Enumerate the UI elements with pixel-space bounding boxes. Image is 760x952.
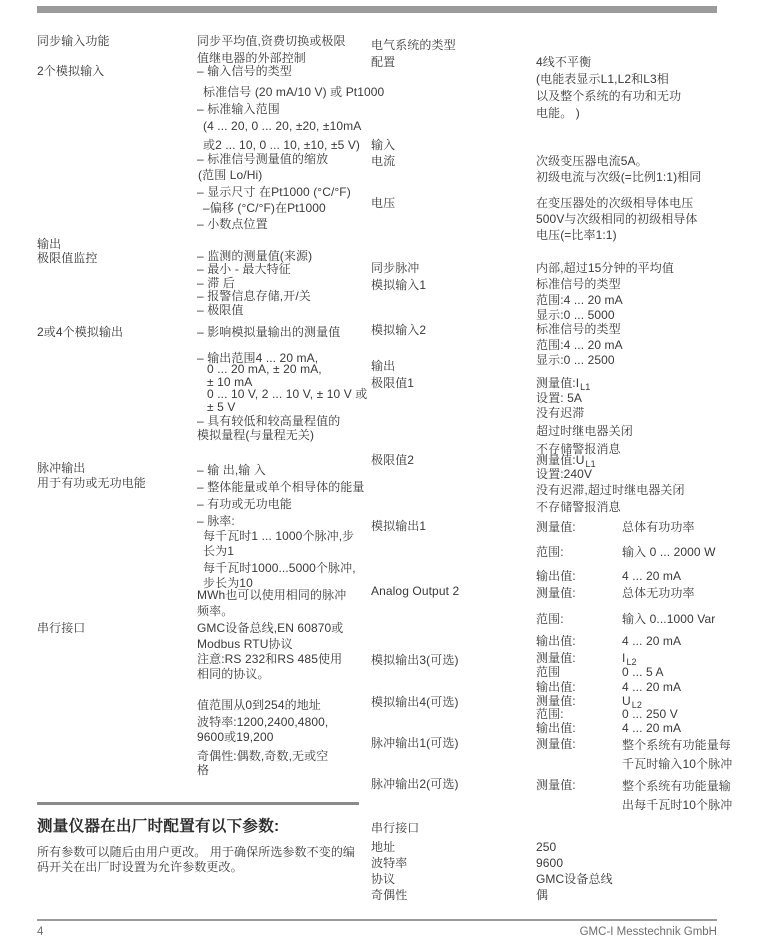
spec-detail-baud-rates: 波特率:1200,2400,4800, 9600或19,200: [197, 715, 328, 745]
kv-key: 测量值:: [536, 736, 576, 752]
kv-key: 范围: [536, 664, 560, 680]
kv-value: 整个系统有功能量每 千瓦时输入10个脉冲: [622, 736, 732, 774]
spec-value-analog-input2: 标准信号的类型 范围:4 ... 20 mA 显示:0 ... 2500: [536, 322, 623, 369]
spec-value-current: 次级变压器电流5A。 初级电流与次级(=比例1:1)相同: [536, 153, 701, 185]
section-divider: [37, 802, 359, 805]
spec-label-output-right: 输出: [371, 358, 395, 374]
kv-value: 4 ... 20 mA: [622, 720, 681, 736]
kv-key: 输出值:: [536, 720, 576, 736]
spec-label-analog-input2: 模拟输入2: [371, 322, 426, 338]
spec-label-limit2: 极限值2: [371, 452, 414, 468]
spec-value-configuration: 4线不平衡 (电能表显示L1,L2和L3相 以及整个系统的有功和无功 电能。 ): [536, 54, 681, 122]
kv-value: 4 ... 20 mA: [622, 633, 681, 649]
spec-detail-limit-monitor-list: – 监测的测量值(来源) – 最小 - 最大特征 – 滞 后 – 报警信息存储,…: [197, 250, 312, 317]
spec-value-address: 250: [536, 839, 556, 855]
spec-detail-signal-type: – 输入信号的类型: [197, 63, 292, 79]
spec-value-voltage: 在变压器处的次级相导体电压 500V与次级相同的初级相导体 电压(=比率1:1): [536, 195, 698, 243]
spec-detail-display-size: – 显示尺寸 在Pt1000 (°C/°F): [197, 184, 351, 200]
spec-label-input: 输入: [371, 137, 395, 153]
kv-key: 输出值:: [536, 568, 576, 584]
spec-detail-output-range-values: 0 ... 20 mA, ± 20 mA, ± 10 mA 0 ... 10 V…: [207, 363, 367, 414]
spec-value-parity: 偶: [536, 887, 548, 903]
spec-label-configuration: 配置: [371, 54, 395, 70]
kv-value: 输入 0 ... 2000 W: [622, 544, 716, 560]
spec-detail-rs-note: 注意:RS 232和RS 485使用 相同的协议。: [197, 652, 342, 682]
spec-value-limit2-settings: 设置:240V 没有迟滞,超过时继电器关闭: [536, 467, 685, 498]
kv-value: 整个系统有功能量输 出每千瓦时10个脉冲: [622, 777, 732, 815]
spec-label-system-type: 电气系统的类型: [371, 37, 456, 53]
spec-label-sync-input-function: 同步输入功能: [37, 33, 110, 49]
kv-key: 范围:: [536, 544, 564, 560]
top-rule: [37, 6, 717, 13]
spec-detail-input-range: – 标准输入范围: [197, 101, 280, 117]
spec-label-parity: 奇偶性: [371, 887, 407, 903]
page-number: 4: [37, 926, 43, 938]
spec-detail-std-signal: 标准信号 (20 mA/10 V) 或 Pt1000: [203, 84, 384, 100]
spec-detail-bus-protocols: GMC设备总线,EN 60870或 Modbus RTU协议: [197, 620, 343, 652]
kv-key: 测量值:: [536, 777, 576, 793]
spec-value-limit1-relay: 超过时继电器关闭: [536, 423, 633, 439]
spec-label-sync-pulse: 同步脉冲: [371, 260, 419, 276]
spec-label-pulse-output2: 脉冲输出2(可选): [371, 776, 459, 792]
spec-label-baud: 波特率: [371, 855, 407, 871]
spec-detail-sync: 同步平均值,资费切换或极限 值继电器的外部控制: [197, 33, 346, 67]
spec-detail-pulse-list: – 输 出,输 入 – 整体能量或单个相导体的能量 – 有功或无功电能 – 脉率…: [197, 462, 365, 530]
spec-detail-offset: –偏移 (°C/°F)在Pt1000: [203, 200, 326, 216]
spec-value-protocol: GMC设备总线: [536, 871, 613, 887]
spec-detail-decimal-point: – 小数点位置: [197, 216, 268, 232]
factory-config-note: 所有参数可以随后由用户更改。 用于确保所选参数不变的编 码开关在出厂时设置为允许…: [37, 845, 372, 875]
kv-key: 输出值:: [536, 633, 576, 649]
spec-label-analog-output4: 模拟输出4(可选): [371, 694, 459, 710]
spec-label-serial-interface: 串行接口: [37, 620, 85, 636]
kv-key: 测量值:: [536, 585, 576, 601]
limit1-measured-text: 测量值:I: [536, 376, 579, 390]
spec-label-limit1: 极限值1: [371, 375, 414, 391]
spec-label-analog-outputs: 2或4个模拟输出: [37, 324, 123, 340]
spec-detail-parity-options: 奇偶性:偶数,奇数,无或空 格: [197, 749, 328, 777]
limit2-measured-text: 测量值:U: [536, 453, 585, 467]
spec-detail-address-range: 值范围从0到254的地址: [197, 697, 321, 713]
spec-detail-mwh-note: MWh也可以使用相同的脉冲 频率。: [197, 587, 346, 619]
spec-label-protocol: 协议: [371, 871, 395, 887]
footer-rule: [37, 919, 717, 921]
spec-label-analog-output1: 模拟输出1: [371, 518, 426, 534]
kv-key: 范围:: [536, 611, 564, 627]
kv-value: 0 ... 5 A: [622, 664, 664, 680]
kv-value: 总体有功功率: [622, 519, 695, 535]
spec-label-pulse-output1: 脉冲输出1(可选): [371, 735, 459, 751]
spec-detail-pulse-rate1: 每千瓦时1 ... 1000个脉冲,步 长为1: [203, 529, 354, 559]
spec-label-analog-output2: Analog Output 2: [371, 583, 459, 599]
spec-detail-range-values: (4 ... 20, 0 ... 20, ±20, ±10mA 或2 ... 1…: [203, 117, 361, 155]
spec-value-analog-input1: 标准信号的类型 范围:4 ... 20 mA 显示:0 ... 5000: [536, 277, 623, 324]
spec-label-serial-right: 串行接口: [371, 820, 419, 836]
kv-value-text: I: [622, 651, 625, 665]
spec-detail-analog-span: – 具有较低和较高量程值的 模拟量程(与量程无关): [197, 415, 340, 442]
spec-detail-scaling: – 标准信号测量值的缩放: [197, 151, 328, 167]
spec-label-pulse-output: 脉冲输出 用于有功或无功电能: [37, 461, 146, 491]
spec-label-voltage: 电压: [371, 195, 395, 211]
spec-value-limit1-settings: 设置: 5A 没有迟滞: [536, 391, 584, 421]
kv-value: 总体无功功率: [622, 585, 695, 601]
spec-label-current: 电流: [371, 153, 395, 169]
spec-label-analog-output3: 模拟输出3(可选): [371, 652, 459, 668]
kv-value: 输入 0...1000 Var: [622, 611, 715, 627]
kv-value: 4 ... 20 mA: [622, 568, 681, 584]
spec-label-address: 地址: [371, 839, 395, 855]
spec-detail-range-lohi: (范围 Lo/Hi): [198, 167, 262, 183]
spec-detail-analog-out-measured: – 影响模拟量输出的测量值: [197, 324, 340, 340]
datasheet-page: 同步输入功能 2个模拟输入 输出 极限值监控 2或4个模拟输出 脉冲输出 用于有…: [0, 0, 760, 952]
kv-key: 测量值:: [536, 519, 576, 535]
spec-label-limit-monitor: 极限值监控: [37, 250, 98, 266]
spec-label-analog-inputs: 2个模拟输入: [37, 63, 104, 79]
spec-value-sync-pulse: 内部,超过15分钟的平均值: [536, 260, 674, 276]
spec-value-baud: 9600: [536, 855, 563, 871]
spec-label-analog-input1: 模拟输入1: [371, 277, 426, 293]
factory-config-heading: 测量仪器在出厂时配置有以下参数:: [37, 814, 279, 836]
spec-value-limit2-alarm: 不存储警报消息: [536, 499, 621, 515]
footer-company: GMC-I Messtechnik GmbH: [400, 926, 717, 938]
